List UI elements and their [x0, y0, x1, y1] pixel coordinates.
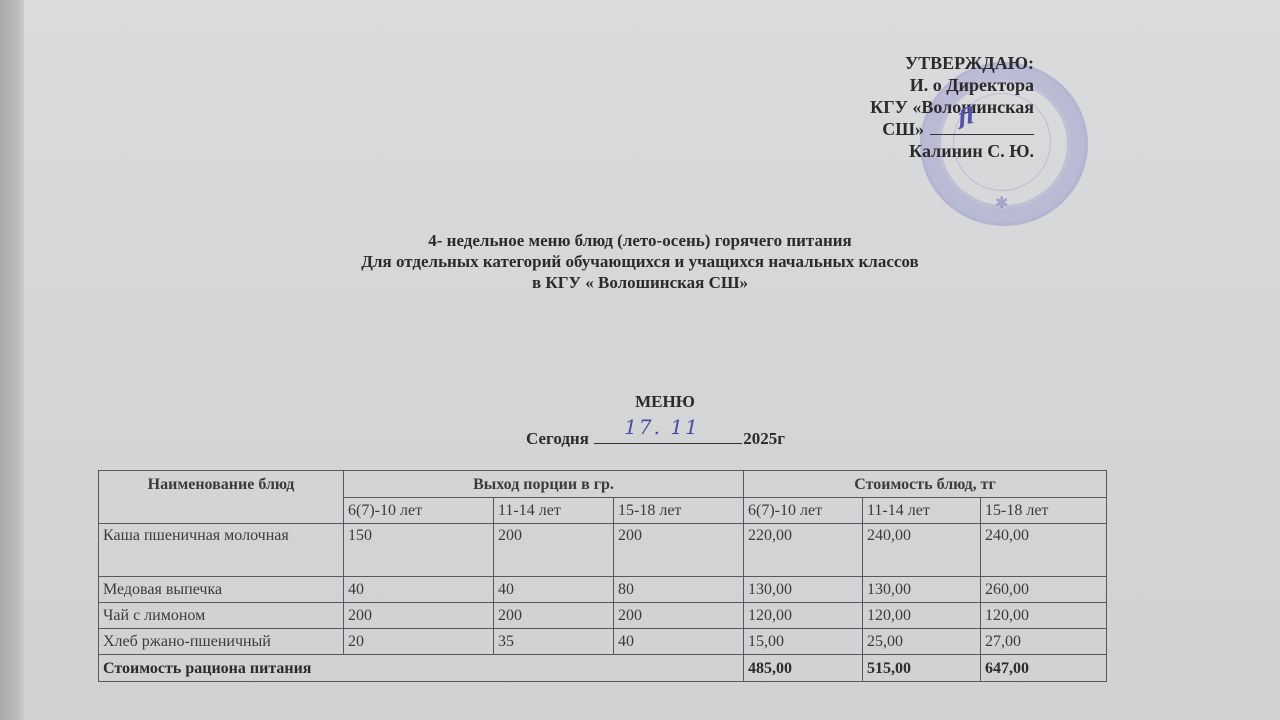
date-line: Сегодня 17. 112025г — [526, 425, 785, 449]
portion-age-group: 6(7)-10 лет — [344, 498, 494, 524]
total-label: Стоимость рациона питания — [99, 655, 744, 682]
portion-cell: 40 — [344, 577, 494, 603]
portion-cell: 200 — [494, 524, 614, 577]
star-icon: ✱ — [995, 193, 1008, 213]
table-total-row: Стоимость рациона питания 485,00 515,00 … — [99, 655, 1107, 682]
signature-blank: fl — [930, 118, 1034, 135]
dish-name: Чай с лимоном — [99, 603, 344, 629]
header-cost: Стоимость блюд, тг — [744, 471, 1107, 498]
dish-name: Хлеб ржано-пшеничный — [99, 629, 344, 655]
cost-cell: 260,00 — [981, 577, 1107, 603]
cost-cell: 220,00 — [744, 524, 863, 577]
dish-name: Медовая выпечка — [99, 577, 344, 603]
cost-cell: 15,00 — [744, 629, 863, 655]
cost-age-group: 6(7)-10 лет — [744, 498, 863, 524]
portion-cell: 200 — [614, 603, 744, 629]
handwritten-date: 17. 11 — [624, 415, 700, 439]
title-line-1: 4- недельное меню блюд (лето-осень) горя… — [0, 230, 1280, 251]
title-line-3: в КГУ « Волошинская СШ» — [0, 272, 1280, 293]
total-cost-cell: 485,00 — [744, 655, 863, 682]
portion-cell: 200 — [614, 524, 744, 577]
cost-cell: 130,00 — [863, 577, 981, 603]
cost-cell: 120,00 — [863, 603, 981, 629]
portion-cell: 20 — [344, 629, 494, 655]
approval-block: УТВЕРЖДАЮ: И. о Директора КГУ «Волошинск… — [870, 52, 1034, 162]
cost-cell: 27,00 — [981, 629, 1107, 655]
cost-cell: 240,00 — [863, 524, 981, 577]
portion-cell: 35 — [494, 629, 614, 655]
background-surface-edge — [0, 0, 24, 720]
cost-cell: 25,00 — [863, 629, 981, 655]
cost-cell: 120,00 — [981, 603, 1107, 629]
portion-cell: 200 — [494, 603, 614, 629]
table-row: Чай с лимоном 200 200 200 120,00 120,00 … — [99, 603, 1107, 629]
handwritten-signature: fl — [957, 105, 976, 129]
header-portion: Выход порции в гр. — [344, 471, 744, 498]
cost-cell: 120,00 — [744, 603, 863, 629]
portion-age-group: 11-14 лет — [494, 498, 614, 524]
portion-cell: 200 — [344, 603, 494, 629]
cost-cell: 240,00 — [981, 524, 1107, 577]
portion-cell: 40 — [494, 577, 614, 603]
title-line-2: Для отдельных категорий обучающихся и уч… — [0, 251, 1280, 272]
date-label: Сегодня — [526, 429, 589, 448]
approval-org: КГУ «Волошинская — [870, 96, 1034, 118]
approval-name: Калинин С. Ю. — [870, 140, 1034, 162]
portion-age-group: 15-18 лет — [614, 498, 744, 524]
approval-heading: УТВЕРЖДАЮ: — [870, 52, 1034, 74]
dish-name: Каша пшеничная молочная — [99, 524, 344, 577]
date-year: 2025г — [743, 429, 785, 448]
total-cost-cell: 647,00 — [981, 655, 1107, 682]
approval-position: И. о Директора — [870, 74, 1034, 96]
portion-cell: 40 — [614, 629, 744, 655]
menu-heading: МЕНЮ — [0, 392, 1280, 412]
total-cost-cell: 515,00 — [863, 655, 981, 682]
table-row: Каша пшеничная молочная 150 200 200 220,… — [99, 524, 1107, 577]
menu-table: Наименование блюд Выход порции в гр. Сто… — [98, 470, 1107, 682]
table-row: Медовая выпечка 40 40 80 130,00 130,00 2… — [99, 577, 1107, 603]
date-blank: 17. 11 — [594, 425, 742, 444]
document-title: 4- недельное меню блюд (лето-осень) горя… — [0, 230, 1280, 293]
approval-signature-line: СШ»fl — [870, 118, 1034, 140]
approval-org-suffix: СШ» — [882, 119, 924, 139]
table-row: Хлеб ржано-пшеничный 20 35 40 15,00 25,0… — [99, 629, 1107, 655]
cost-cell: 130,00 — [744, 577, 863, 603]
portion-cell: 150 — [344, 524, 494, 577]
table-header-row: Наименование блюд Выход порции в гр. Сто… — [99, 471, 1107, 498]
cost-age-group: 15-18 лет — [981, 498, 1107, 524]
portion-cell: 80 — [614, 577, 744, 603]
cost-age-group: 11-14 лет — [863, 498, 981, 524]
header-dish: Наименование блюд — [99, 471, 344, 524]
